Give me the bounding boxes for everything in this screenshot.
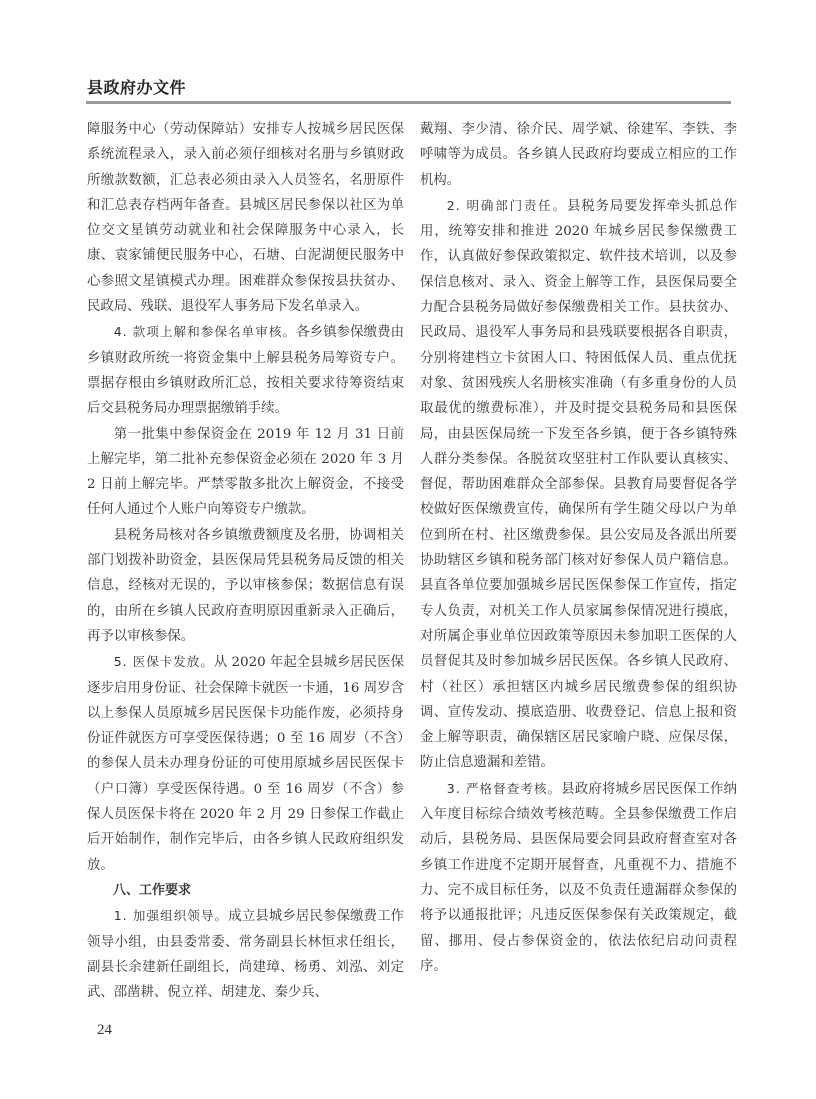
paragraph-item-5: 5. 医保卡发放。从 2020 年起全县城乡居民医保逐步启用身份证、社会保障卡就… <box>87 649 404 878</box>
header-divider <box>86 101 731 104</box>
item-4-lead: 4. 款项上解和参保名单审核。 <box>114 324 296 339</box>
item-5-body: 从 2020 年起全县城乡居民医保逐步启用身份证、社会保障卡就医一卡通，16 周… <box>87 655 404 872</box>
paragraph-funds-deadline: 第一批集中参保资金在 2019 年 12 月 31 日前上解完毕，第二批补充参保… <box>87 422 404 523</box>
running-header-title: 县政府办文件 <box>87 75 186 98</box>
req-1-lead: 1. 加强组织领导。 <box>114 908 229 923</box>
page-number: 24 <box>97 1022 112 1039</box>
req-2-lead: 2. 明确部门责任。 <box>447 198 567 213</box>
section-heading: 八、工作要求 <box>87 878 404 903</box>
paragraph-req-3: 3. 严格督查考核。县政府将城乡居民医保工作纳入年度目标综合绩效考核范畴。全县参… <box>420 776 737 979</box>
paragraph-item-4: 4. 款项上解和参保名单审核。各乡镇参保缴费由乡镇财政所统一将资金集中上解县税务… <box>87 319 404 421</box>
req-3-lead: 3. 严格督查考核。 <box>447 781 562 796</box>
right-column: 戴翔、李少清、徐介民、周学斌、徐建军、李铁、李呼啸等为成员。各乡镇人民政府均要成… <box>420 117 737 979</box>
paragraph-tax-verification: 县税务局核对各乡镇缴费额度及名册，协调相关部门划拨补助资金，县医保局凭县税务局反… <box>87 523 404 649</box>
req-3-body: 县政府将城乡居民医保工作纳入年度目标综合绩效考核范畴。全县参保缴费工作启动后，县… <box>420 782 737 974</box>
left-column: 障服务中心（劳动保障站）安排专人按城乡居民医保系统流程录入，录入前必须仔细核对名… <box>87 117 404 1005</box>
item-5-lead: 5. 医保卡发放。 <box>114 654 214 669</box>
paragraph-req-1: 1. 加强组织领导。成立县城乡居民参保缴费工作领导小组，由县委常委、常务副县长林… <box>87 903 404 1005</box>
req-2-body: 县税务局要发挥牵头抓总作用，统筹安排和推进 2020 年城乡居民参保缴费工作，认… <box>420 199 737 771</box>
paragraph-continuation: 障服务中心（劳动保障站）安排专人按城乡居民医保系统流程录入，录入前必须仔细核对名… <box>87 117 404 319</box>
paragraph-req-2: 2. 明确部门责任。县税务局要发挥牵头抓总作用，统筹安排和推进 2020 年城乡… <box>420 193 737 776</box>
paragraph-members-continuation: 戴翔、李少清、徐介民、周学斌、徐建军、李铁、李呼啸等为成员。各乡镇人民政府均要成… <box>420 117 737 193</box>
